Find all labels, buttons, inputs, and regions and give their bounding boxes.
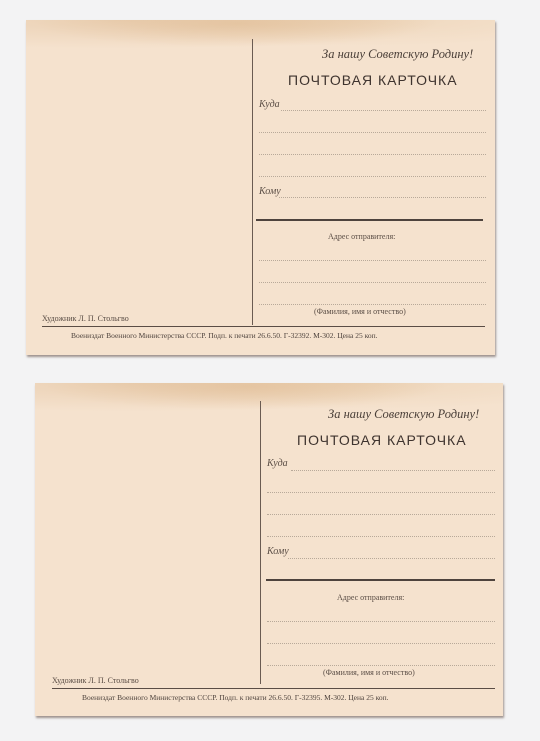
name-hint: (Фамилия, имя и отчество)	[323, 668, 415, 677]
card-title: ПОЧТОВАЯ КАРТОЧКА	[297, 432, 467, 448]
thick-separator	[256, 219, 483, 221]
postcard-bottom: За нашу Советскую Родину! ПОЧТОВАЯ КАРТО…	[35, 383, 503, 716]
address-line	[259, 132, 486, 133]
artist-credit: Художник Л. П. Стольгво	[42, 314, 129, 323]
recipient-line	[279, 197, 486, 198]
address-line	[259, 176, 486, 177]
bottom-rule	[42, 326, 485, 327]
address-line	[291, 470, 495, 471]
postcard-top: За нашу Советскую Родину! ПОЧТОВАЯ КАРТО…	[26, 20, 495, 355]
bottom-rule	[52, 688, 495, 689]
slogan: За нашу Советскую Родину!	[322, 47, 473, 62]
center-divider	[260, 401, 261, 684]
address-line	[259, 154, 486, 155]
sender-line	[267, 621, 495, 622]
artist-credit: Художник Л. П. Стольгво	[52, 676, 139, 685]
to-whom-label: Кому	[267, 546, 289, 557]
to-where-label: Куда	[267, 458, 288, 469]
publisher-imprint: Воениздат Военного Министерства СССР. По…	[82, 693, 389, 702]
sender-line	[267, 643, 495, 644]
card-title: ПОЧТОВАЯ КАРТОЧКА	[288, 72, 458, 88]
publisher-imprint: Воениздат Военного Министерства СССР. По…	[71, 331, 378, 340]
address-line	[281, 110, 486, 111]
sender-address-label: Адрес отправителя:	[337, 593, 404, 602]
address-line	[267, 492, 495, 493]
sender-line	[259, 260, 486, 261]
to-whom-label: Кому	[259, 186, 281, 197]
name-hint: (Фамилия, имя и отчество)	[314, 307, 406, 316]
address-line	[267, 536, 495, 537]
sender-line	[259, 304, 486, 305]
center-divider	[252, 39, 253, 325]
sender-line	[259, 282, 486, 283]
to-where-label: Куда	[259, 99, 280, 110]
sender-line	[267, 665, 495, 666]
sender-address-label: Адрес отправителя:	[328, 232, 395, 241]
recipient-line	[288, 558, 495, 559]
thick-separator	[266, 579, 495, 581]
address-line	[267, 514, 495, 515]
slogan: За нашу Советскую Родину!	[328, 407, 479, 422]
